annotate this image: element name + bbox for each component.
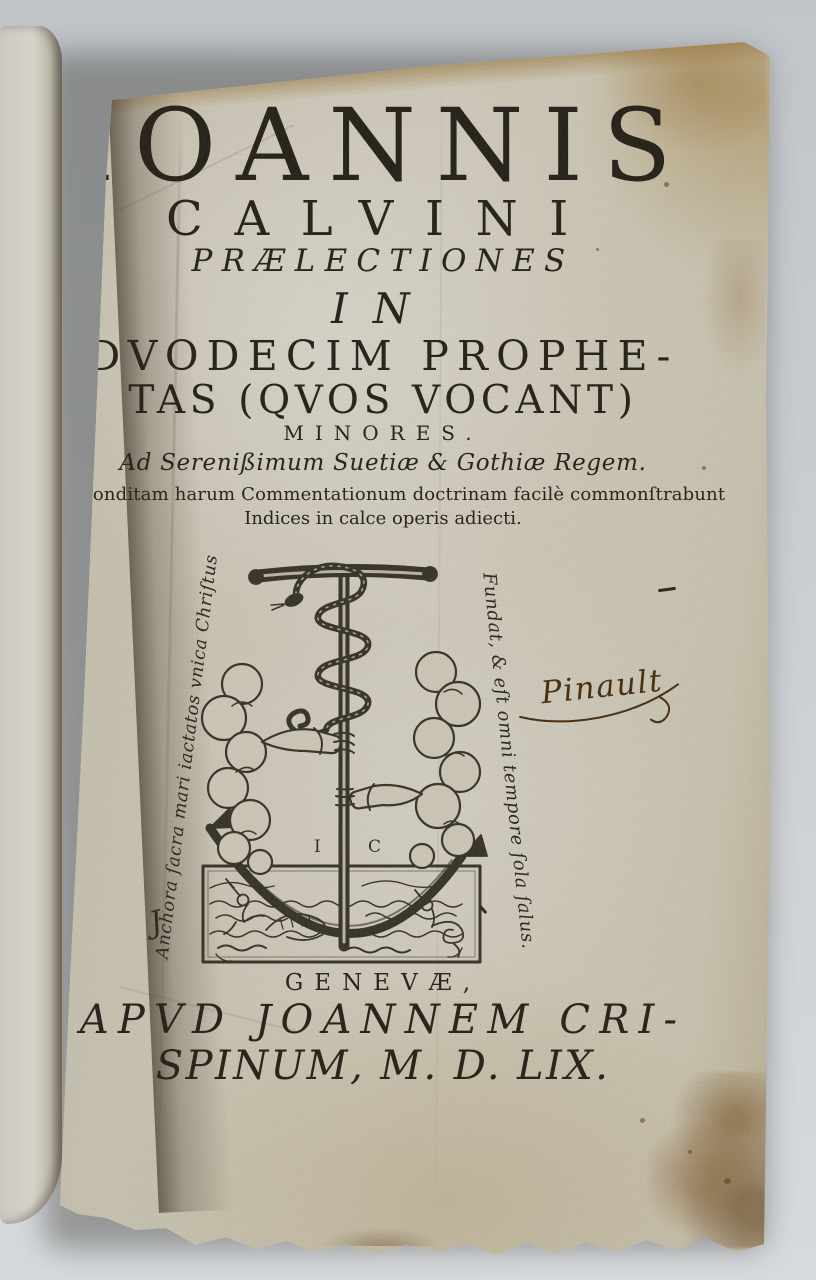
previous-page-edge [0, 26, 62, 1224]
stain [296, 1220, 466, 1246]
foxing-spot [724, 1178, 731, 1184]
title-page: IOANNIS CALVINI PRÆLECTIONES IN DVODECIM… [0, 0, 816, 1280]
index-note-line-1: Reconditam harum Commentationum doctrina… [58, 486, 708, 504]
author-name-line-2: CALVINI [58, 195, 708, 243]
serpent-icon [271, 566, 368, 735]
foxing-spot [640, 1118, 645, 1123]
work-title-line-3: DVODECIM PROPHE- [58, 336, 708, 377]
device-initial-left: I [314, 837, 322, 857]
stain [648, 1072, 772, 1248]
printer-device-anchor-woodcut-icon: I C [196, 556, 490, 992]
cloud-left-icon [202, 664, 272, 874]
photo-of-book-title-page: IOANNIS CALVINI PRÆLECTIONES IN DVODECIM… [0, 0, 816, 1280]
index-note-line-2: Indices in calce operis adiecti. [58, 510, 708, 528]
dedication-line: Ad Serenißimum Suetiæ & Gothiæ Regem. [58, 452, 708, 475]
ink-dash [658, 587, 676, 592]
imprint-line-1: APVD JOANNEM CRI- [58, 1000, 708, 1040]
foxing-spot [688, 1150, 692, 1154]
stain [700, 240, 766, 380]
imprint-line-2: SPINUM, M. D. LIX. [58, 1046, 708, 1086]
device-initial-right: C [368, 837, 382, 857]
work-title-line-2: IN [58, 288, 708, 330]
work-title-line-5: MINORES. [58, 423, 708, 443]
work-title-line-4: TAS (QVOS VOCANT) [58, 381, 708, 420]
author-name-line-1: IOANNIS [58, 96, 708, 196]
cloud-right-icon [410, 652, 480, 868]
work-title-line-1: PRÆLECTIONES [58, 246, 708, 277]
signature-flourish-icon [505, 658, 699, 741]
